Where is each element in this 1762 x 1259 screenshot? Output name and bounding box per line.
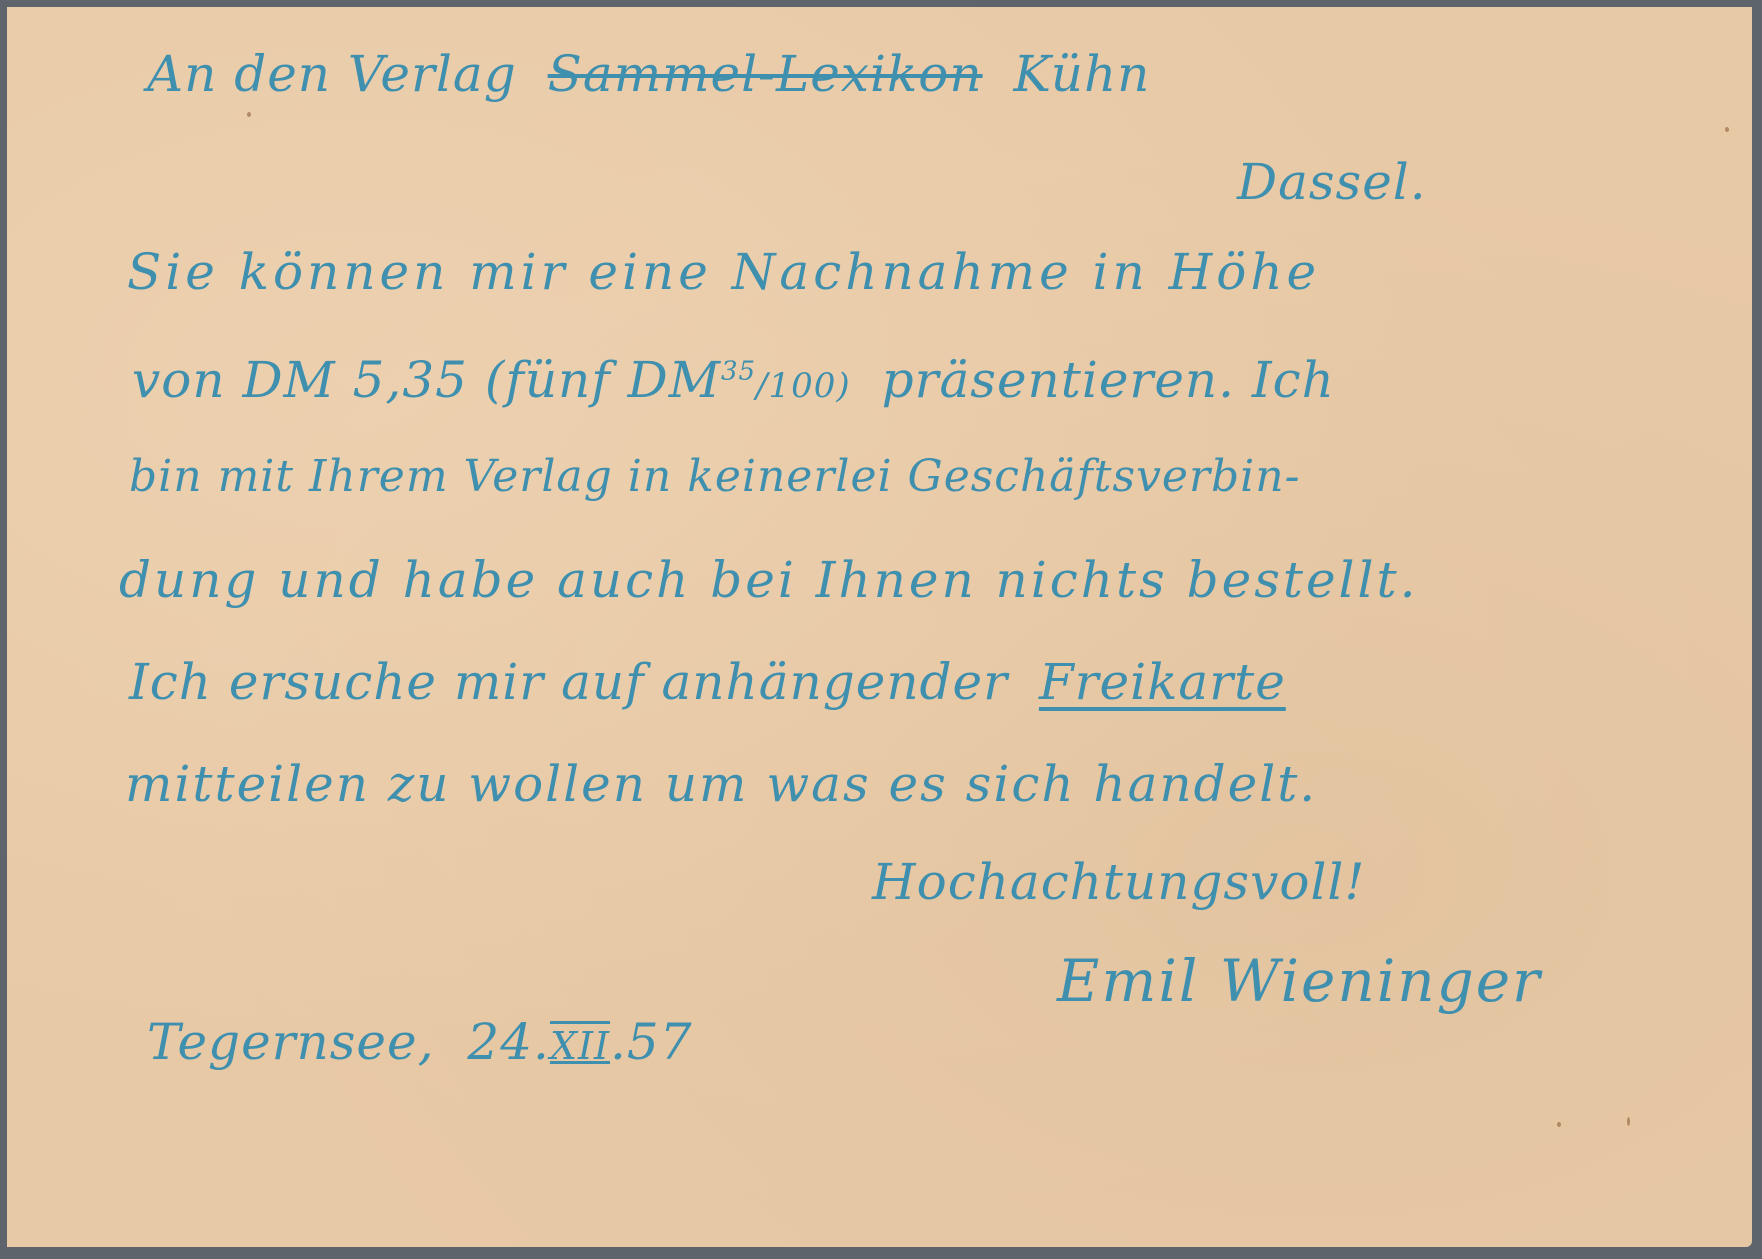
salutation: An den Verlag bbox=[147, 45, 517, 103]
recipient-name: Kühn bbox=[1013, 45, 1150, 103]
body-line-4: dung und habe auch bei Ihnen nichts best… bbox=[119, 555, 1419, 605]
body-line-1: Sie können mir eine Nachnahme in Höhe bbox=[127, 247, 1320, 297]
place: Tegernsee, bbox=[147, 1013, 435, 1071]
paper-speck bbox=[1557, 1122, 1561, 1127]
paper-speck bbox=[1627, 1117, 1630, 1126]
body-line-2: von DM 5,35 (fünf DM35/100) präsentieren… bbox=[132, 355, 1335, 405]
amount-text: von DM 5,35 (fünf DM bbox=[132, 351, 721, 409]
body-line-5-text: Ich ersuche mir auf anhängender bbox=[129, 653, 1008, 711]
address-line: An den Verlag Sammel-Lexikon Kühn bbox=[147, 49, 1150, 99]
struck-through-name: Sammel-Lexikon bbox=[548, 45, 983, 103]
freikarte-underlined: Freikarte bbox=[1039, 653, 1286, 711]
paper-speck bbox=[1725, 127, 1729, 132]
closing: Hochachtungsvoll! bbox=[872, 857, 1366, 907]
body-line-2-continued: präsentieren. Ich bbox=[882, 351, 1335, 409]
signature: Emil Wieninger bbox=[1057, 952, 1542, 1010]
amount-fraction-denominator: /100) bbox=[756, 366, 851, 406]
amount-fraction-numerator: 35 bbox=[721, 356, 756, 386]
body-line-6: mitteilen zu wollen um was es sich hande… bbox=[125, 759, 1317, 809]
paper-speck bbox=[247, 112, 251, 117]
recipient-city: Dassel. bbox=[1237, 157, 1427, 207]
body-line-5: Ich ersuche mir auf anhängender Freikart… bbox=[129, 657, 1286, 707]
date-day: 24. bbox=[467, 1013, 550, 1071]
postcard: An den Verlag Sammel-Lexikon Kühn Dassel… bbox=[7, 7, 1752, 1247]
body-line-3: bin mit Ihrem Verlag in keinerlei Geschä… bbox=[129, 455, 1300, 499]
date-month-roman: XII bbox=[550, 1024, 610, 1068]
date-year: .57 bbox=[610, 1013, 693, 1071]
place-date: Tegernsee, 24.XII.57 bbox=[147, 1017, 693, 1067]
